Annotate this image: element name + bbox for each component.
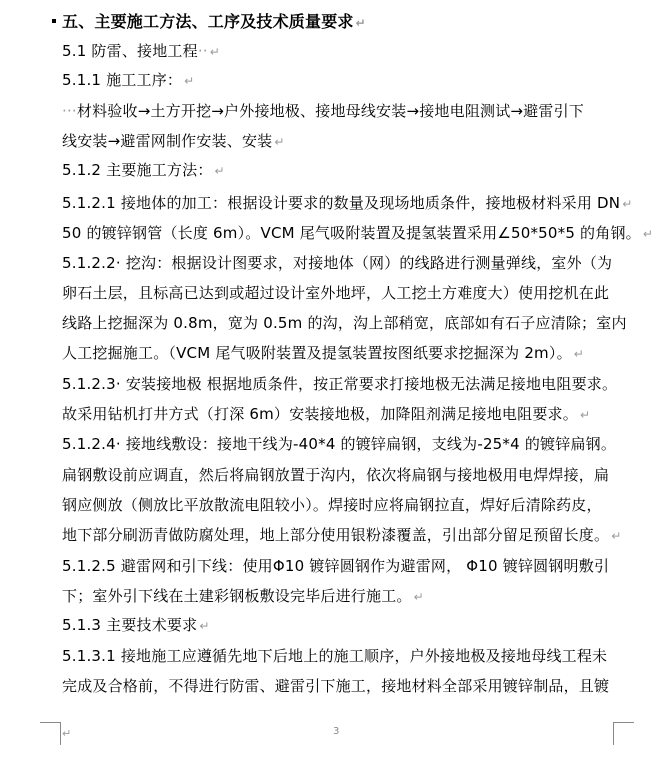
text-line: 5.1.2.4· 接地线敷设：接地干线为-40*4 的镀锌扁钢，支线为-25*4… <box>62 434 616 454</box>
paragraph-mark-icon: ↵ <box>622 197 632 211</box>
section-heading: 五、主要施工方法、工序及技术质量要求↵ <box>52 12 366 33</box>
text-line: 下；室外引下线在土建彩钢板敷设完毕后进行施工。↵ <box>62 586 424 607</box>
text-line: 人工挖掘施工。（VCM 尾气吸附装置及提氢装置按图纸要求挖掘深为 2m）。↵ <box>62 343 584 364</box>
line-text: 5.1.2.3· 安装接地极 根据地质条件，按正常要求打接地极无法满足接地电阻要… <box>62 375 617 393</box>
line-text: 线路上挖掘深为 0.8m，宽为 0.5m 的沟，沟上部稍宽，底部如有石子应清除；… <box>62 314 627 332</box>
paragraph-mark-icon: ↵ <box>611 529 621 543</box>
paragraph-mark-icon: ↵ <box>574 347 584 361</box>
page-number: 3 <box>333 726 339 737</box>
text-line: 5.1.2 主要施工方法：↵ <box>62 160 225 181</box>
space-marks: ··· <box>62 102 77 120</box>
paragraph-mark-icon: ↵ <box>643 227 653 241</box>
text-line: 5.1 防雷、接地工程··↵ <box>62 41 220 62</box>
line-text: 5.1.2.4· 接地线敷设：接地干线为-40*4 的镀锌扁钢，支线为-25*4… <box>62 435 616 453</box>
line-text: 5.1 防雷、接地工程 <box>62 42 198 60</box>
line-text: 故采用钻机打井方式（打深 6m）安装接地极，加降阻剂满足接地电阻要求。 <box>62 405 578 423</box>
line-text: 钢应侧放（侧放比平放散流电阻较小）。焊接时应将扁钢拉直，焊好后清除药皮， <box>62 496 602 514</box>
space-marks: ·· <box>198 42 208 60</box>
paragraph-mark-icon: ↵ <box>356 16 366 30</box>
text-line: 5.1.3.1 接地施工应遵循先地下后地上的施工顺序，户外接地极及接地母线工程未 <box>62 646 607 666</box>
page-corner-mark-left <box>40 722 61 745</box>
text-line: 扁钢敷设前应调直，然后将扁钢放置于沟内，依次将扁钢与接地极用电焊焊接，扁 <box>62 465 609 485</box>
text-line: 5.1.2.1 接地体的加工：根据设计要求的数量及现场地质条件，接地极材料采用 … <box>62 193 632 214</box>
line-text: 完成及合格前，不得进行防雷、避雷引下施工，接地材料全部采用镀锌制品，且镀 <box>62 677 609 695</box>
text-line: ···材料验收→土方开挖→户外接地极、接地母线安装→接地电阻测试→避雷引下 <box>62 101 584 121</box>
text-line: 5.1.2.3· 安装接地极 根据地质条件，按正常要求打接地极无法满足接地电阻要… <box>62 374 617 394</box>
line-text: 5.1.3 主要技术要求 <box>62 616 197 634</box>
line-text: 人工挖掘施工。（VCM 尾气吸附装置及提氢装置按图纸要求挖掘深为 2m）。 <box>62 344 572 362</box>
text-line: 卵石土层，且标高已达到或超过设计室外地坪，人工挖土方难度大）使用挖机在此 <box>62 283 609 303</box>
document-page: 五、主要施工方法、工序及技术质量要求↵ 5.1 防雷、接地工程··↵5.1.1 … <box>0 0 664 757</box>
paragraph-mark-icon: ↵ <box>199 619 209 633</box>
text-line: 5.1.2.2· 挖沟：根据设计图要求，对接地体（网）的线路进行测量弹线，室外（… <box>62 253 612 273</box>
page-corner-mark-right <box>613 722 634 745</box>
paragraph-mark-icon: ↵ <box>62 727 71 740</box>
text-line: 故采用钻机打井方式（打深 6m）安装接地极，加降阻剂满足接地电阻要求。↵ <box>62 404 590 425</box>
text-line: 5.1.3 主要技术要求↵ <box>62 615 210 636</box>
line-text: 5.1.1 施工工序： <box>62 71 182 89</box>
text-line: 线路上挖掘深为 0.8m，宽为 0.5m 的沟，沟上部稍宽，底部如有石子应清除；… <box>62 313 627 333</box>
paragraph-mark-icon: ↵ <box>215 164 225 178</box>
text-line: 地下部分刷沥青做防腐处理，地上部分使用银粉漆覆盖，引出部分留足预留长度。↵ <box>62 525 621 546</box>
line-text: 5.1.3.1 接地施工应遵循先地下后地上的施工顺序，户外接地极及接地母线工程未 <box>62 647 607 665</box>
text-line: 5.1.1 施工工序：↵ <box>62 70 194 91</box>
paragraph-mark-icon: ↵ <box>580 408 590 422</box>
bullet-icon <box>52 19 56 23</box>
text-line: 钢应侧放（侧放比平放散流电阻较小）。焊接时应将扁钢拉直，焊好后清除药皮， <box>62 495 602 515</box>
text-line: 完成及合格前，不得进行防雷、避雷引下施工，接地材料全部采用镀锌制品，且镀 <box>62 676 609 696</box>
heading-text: 五、主要施工方法、工序及技术质量要求 <box>62 12 354 31</box>
text-line: 线安装→避雷网制作安装、安装↵ <box>62 131 285 152</box>
line-text: 5.1.2.1 接地体的加工：根据设计要求的数量及现场地质条件，接地极材料采用 … <box>62 194 620 212</box>
text-line: 50 的镀锌钢管（长度 6m）。VCM 尾气吸附装置及提氢装置采用∠50*50*… <box>62 223 653 244</box>
line-text: 线安装→避雷网制作安装、安装 <box>62 132 272 150</box>
paragraph-mark-icon: ↵ <box>184 74 194 88</box>
paragraph-mark-icon: ↵ <box>274 135 284 149</box>
line-text: 材料验收→土方开挖→户外接地极、接地母线安装→接地电阻测试→避雷引下 <box>77 102 584 120</box>
paragraph-mark-icon: ↵ <box>414 590 424 604</box>
line-text: 5.1.2.2· 挖沟：根据设计图要求，对接地体（网）的线路进行测量弹线，室外（… <box>62 254 612 272</box>
line-text: 5.1.2 主要施工方法： <box>62 161 213 179</box>
line-text: 卵石土层，且标高已达到或超过设计室外地坪，人工挖土方难度大）使用挖机在此 <box>62 284 609 302</box>
line-text: 50 的镀锌钢管（长度 6m）。VCM 尾气吸附装置及提氢装置采用∠50*50*… <box>62 224 641 242</box>
text-line: 5.1.2.5 避雷网和引下线：使用Φ10 镀锌圆钢作为避雷网， Φ10 镀锌圆… <box>62 556 609 576</box>
line-text: 5.1.2.5 避雷网和引下线：使用Φ10 镀锌圆钢作为避雷网， Φ10 镀锌圆… <box>62 557 609 575</box>
line-text: 扁钢敷设前应调直，然后将扁钢放置于沟内，依次将扁钢与接地极用电焊焊接，扁 <box>62 466 609 484</box>
line-text: 地下部分刷沥青做防腐处理，地上部分使用银粉漆覆盖，引出部分留足预留长度。 <box>62 526 609 544</box>
paragraph-mark-icon: ↵ <box>210 45 220 59</box>
line-text: 下；室外引下线在土建彩钢板敷设完毕后进行施工。 <box>62 587 412 605</box>
